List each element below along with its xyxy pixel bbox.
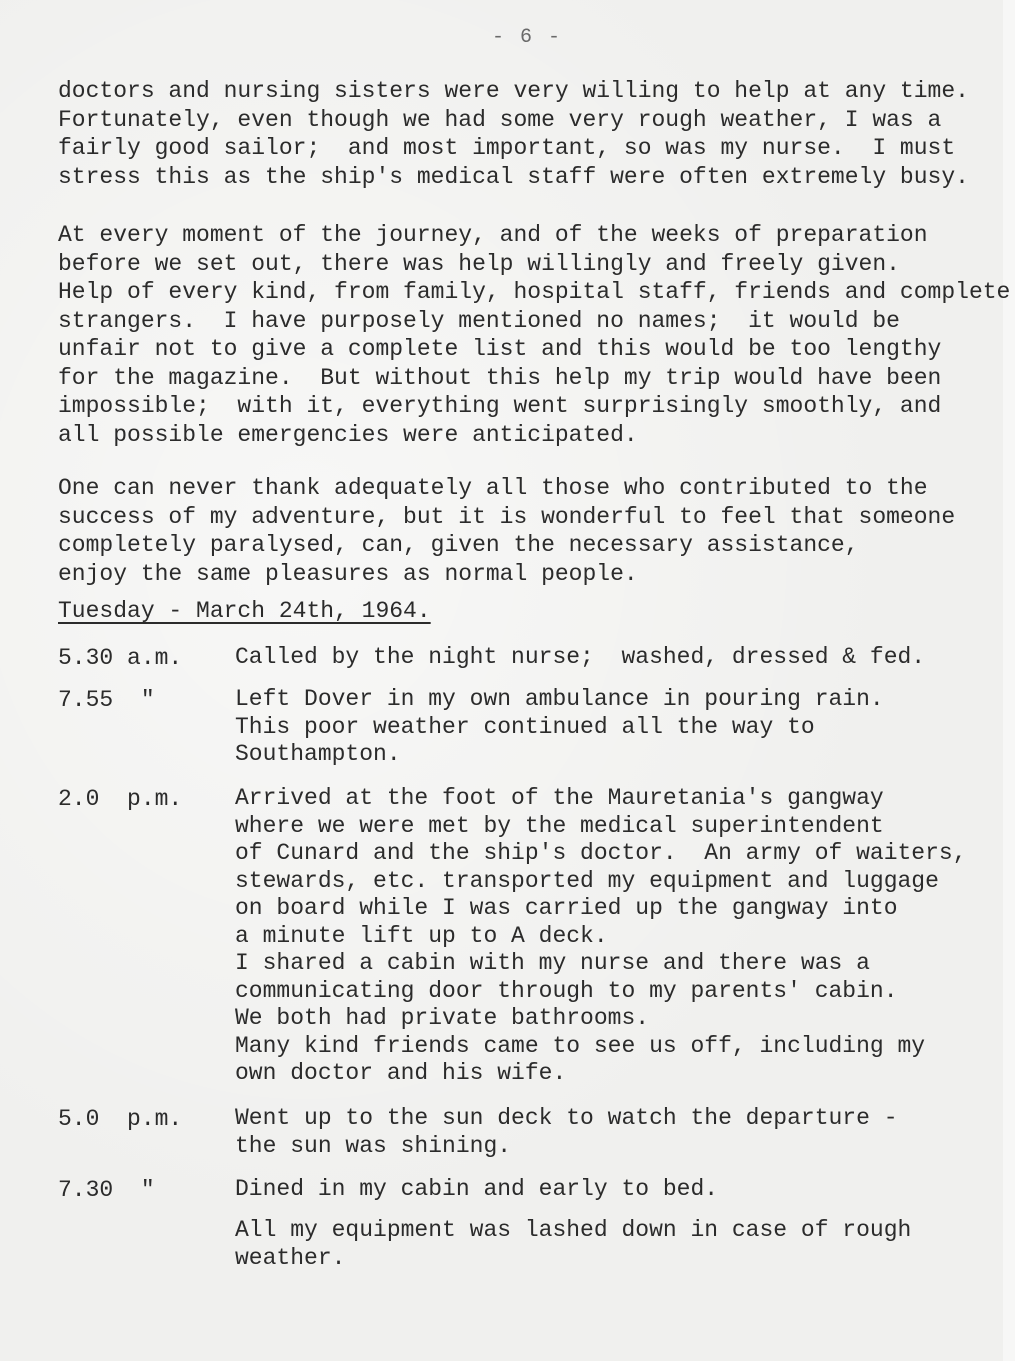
entry-time: 5.0 p.m.	[58, 1105, 182, 1133]
text-line: enjoy the same pleasures as normal peopl…	[58, 560, 955, 589]
text-line: a minute lift up to A deck.	[235, 923, 967, 951]
text-line: Fortunately, even though we had some ver…	[58, 106, 969, 135]
entry-description: Went up to the sun deck to watch the dep…	[235, 1105, 898, 1160]
text-line: fairly good sailor; and most important, …	[58, 134, 969, 163]
scanned-page: - 6 - doctors and nursing sisters were v…	[0, 0, 1015, 1361]
text-line: stewards, etc. transported my equipment …	[235, 868, 967, 896]
text-line: Dined in my cabin and early to bed.	[235, 1176, 718, 1204]
text-line: doctors and nursing sisters were very wi…	[58, 77, 969, 106]
text-line: stress this as the ship's medical staff …	[58, 163, 969, 192]
text-line: Left Dover in my own ambulance in pourin…	[235, 686, 884, 714]
entry-time: 7.55 "	[58, 686, 155, 714]
entry-description: All my equipment was lashed down in case…	[235, 1217, 911, 1272]
text-line: One can never thank adequately all those…	[58, 474, 955, 503]
text-line: for the magazine. But without this help …	[58, 364, 1010, 393]
text-line: This poor weather continued all the way …	[235, 714, 884, 742]
text-line: Southampton.	[235, 741, 884, 769]
entry-description: Left Dover in my own ambulance in pourin…	[235, 686, 884, 769]
text-line: Called by the night nurse; washed, dress…	[235, 644, 925, 672]
text-line: communicating door through to my parents…	[235, 978, 967, 1006]
text-line: before we set out, there was help willin…	[58, 250, 1010, 279]
text-line: I shared a cabin with my nurse and there…	[235, 950, 967, 978]
text-line: on board while I was carried up the gang…	[235, 895, 967, 923]
text-line: where we were met by the medical superin…	[235, 813, 967, 841]
text-line: All my equipment was lashed down in case…	[235, 1217, 911, 1245]
entry-time: 7.30 "	[58, 1176, 155, 1204]
entry-description: Dined in my cabin and early to bed.	[235, 1176, 718, 1204]
entry-description: Arrived at the foot of the Mauretania's …	[235, 785, 967, 1088]
text-line: the sun was shining.	[235, 1133, 898, 1161]
text-line: own doctor and his wife.	[235, 1060, 967, 1088]
text-line: success of my adventure, but it is wonde…	[58, 503, 955, 532]
text-line: Help of every kind, from family, hospita…	[58, 278, 1010, 307]
text-line: weather.	[235, 1245, 911, 1273]
text-line: all possible emergencies were anticipate…	[58, 421, 1010, 450]
paragraph-3: One can never thank adequately all those…	[58, 474, 955, 588]
page-edge	[1003, 0, 1015, 1361]
text-line: Many kind friends came to see us off, in…	[235, 1033, 967, 1061]
text-line: impossible; with it, everything went sur…	[58, 392, 1010, 421]
page-number: - 6 -	[492, 26, 562, 49]
entry-time: 5.30 a.m.	[58, 644, 182, 672]
entry-time: 2.0 p.m.	[58, 785, 182, 813]
text-line: We both had private bathrooms.	[235, 1005, 967, 1033]
text-line: unfair not to give a complete list and t…	[58, 335, 1010, 364]
diary-date-heading: Tuesday - March 24th, 1964.	[58, 597, 431, 625]
paragraph-1: doctors and nursing sisters were very wi…	[58, 77, 969, 191]
text-line: completely paralysed, can, given the nec…	[58, 531, 955, 560]
paragraph-2: At every moment of the journey, and of t…	[58, 221, 1010, 449]
text-line: Went up to the sun deck to watch the dep…	[235, 1105, 898, 1133]
entry-description: Called by the night nurse; washed, dress…	[235, 644, 925, 672]
text-line: strangers. I have purposely mentioned no…	[58, 307, 1010, 336]
text-line: Arrived at the foot of the Mauretania's …	[235, 785, 967, 813]
text-line: of Cunard and the ship's doctor. An army…	[235, 840, 967, 868]
text-line: At every moment of the journey, and of t…	[58, 221, 1010, 250]
